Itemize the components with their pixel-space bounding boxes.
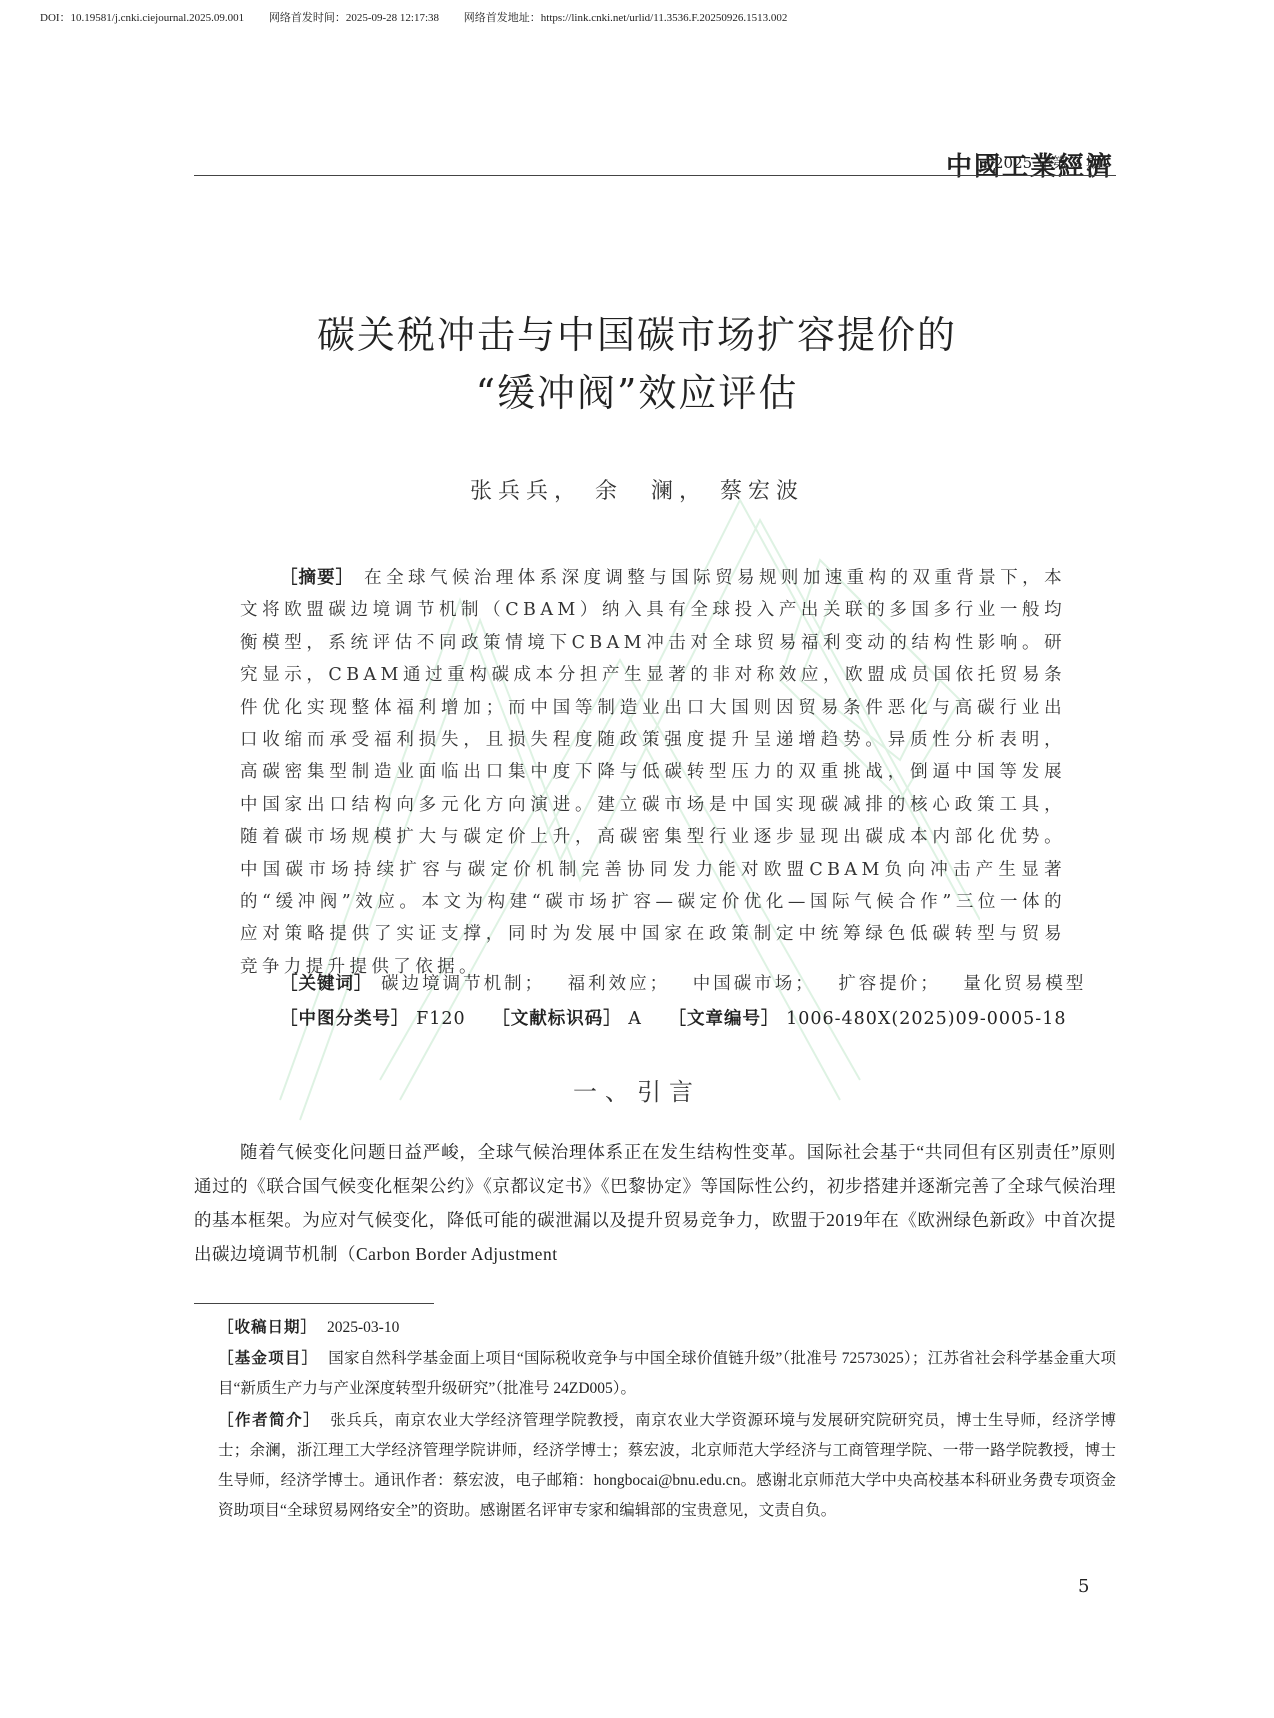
footnotes: ［收稿日期］2025-03-10 ［基金项目］国家自然科学基金面上项目“国际税收… <box>218 1312 1116 1526</box>
keywords-label: ［关键词］ <box>280 974 373 994</box>
keyword-item: 扩容提价； <box>838 974 941 994</box>
clc-value: F120 <box>416 1009 466 1029</box>
issue-label: 2025 年第 9 期 <box>994 152 1101 173</box>
online-publication-info: DOI：10.19581/j.cnki.ciejournal.2025.09.0… <box>40 9 809 25</box>
section-heading: 一、引言 <box>0 1072 1274 1107</box>
abstract-label: ［摘要］ <box>280 568 354 588</box>
doc-code-value: A <box>628 1009 642 1029</box>
clc-label: ［中图分类号］ <box>280 1009 410 1029</box>
footnote-divider <box>194 1303 434 1304</box>
classification-info: ［中图分类号］ F120 ［文献标识码］ A ［文章编号］ 1006-480X(… <box>280 1005 1066 1030</box>
received-label: ［收稿日期］ <box>218 1318 317 1336</box>
header-divider <box>194 175 1116 176</box>
keyword-item: 福利效应； <box>568 974 671 994</box>
keyword-item: 中国碳市场； <box>693 974 816 994</box>
footnote-received: ［收稿日期］2025-03-10 <box>218 1312 1116 1343</box>
author-list: 张兵兵， 余 澜， 蔡宏波 <box>0 474 1274 505</box>
footnote-author: ［作者简介］张兵兵，南京农业大学经济管理学院教授，南京农业大学资源环境与发展研究… <box>218 1405 1116 1527</box>
keyword-item: 碳边境调节机制； <box>381 974 545 994</box>
abstract: ［摘要］ 在全球气候治理体系深度调整与国际贸易规则加速重构的双重背景下，本文将欧… <box>240 562 1066 983</box>
online-publish-time: 网络首发时间：2025-09-28 12:17:38 <box>269 12 439 24</box>
body-paragraph: 随着气候变化问题日益严峻，全球气候治理体系正在发生结构性变革。国际社会基于“共同… <box>194 1135 1116 1271</box>
fund-text: 国家自然科学基金面上项目“国际税收竞争与中国全球价值链升级”（批准号 72573… <box>218 1350 1116 1397</box>
online-publish-url[interactable]: 网络首发地址：https://link.cnki.net/urlid/11.35… <box>464 12 788 24</box>
keyword-item: 量化贸易模型 <box>963 974 1086 994</box>
doc-code-label: ［文献标识码］ <box>492 1009 622 1029</box>
keywords: ［关键词］ 碳边境调节机制； 福利效应； 中国碳市场； 扩容提价； 量化贸易模型 <box>280 970 1086 995</box>
author-bio-text: 张兵兵，南京农业大学经济管理学院教授，南京农业大学资源环境与发展研究院研究员，博… <box>218 1412 1116 1520</box>
article-number-label: ［文章编号］ <box>669 1009 780 1029</box>
footnote-fund: ［基金项目］国家自然科学基金面上项目“国际税收竞争与中国全球价值链升级”（批准号… <box>218 1343 1116 1404</box>
article-title-line-2: “缓冲阀”效应评估 <box>0 364 1274 422</box>
page-number: 5 <box>1078 1576 1089 1597</box>
article-title-line-1: 碳关税冲击与中国碳市场扩容提价的 <box>0 306 1274 364</box>
article-number-value: 1006-480X(2025)09-0005-18 <box>786 1009 1066 1029</box>
doi-text: DOI：10.19581/j.cnki.ciejournal.2025.09.0… <box>40 12 244 24</box>
abstract-text: 在全球气候治理体系深度调整与国际贸易规则加速重构的双重背景下，本文将欧盟碳边境调… <box>240 568 1066 977</box>
author-bio-label: ［作者简介］ <box>218 1411 320 1429</box>
fund-label: ［基金项目］ <box>218 1349 318 1367</box>
received-date: 2025-03-10 <box>327 1319 399 1336</box>
